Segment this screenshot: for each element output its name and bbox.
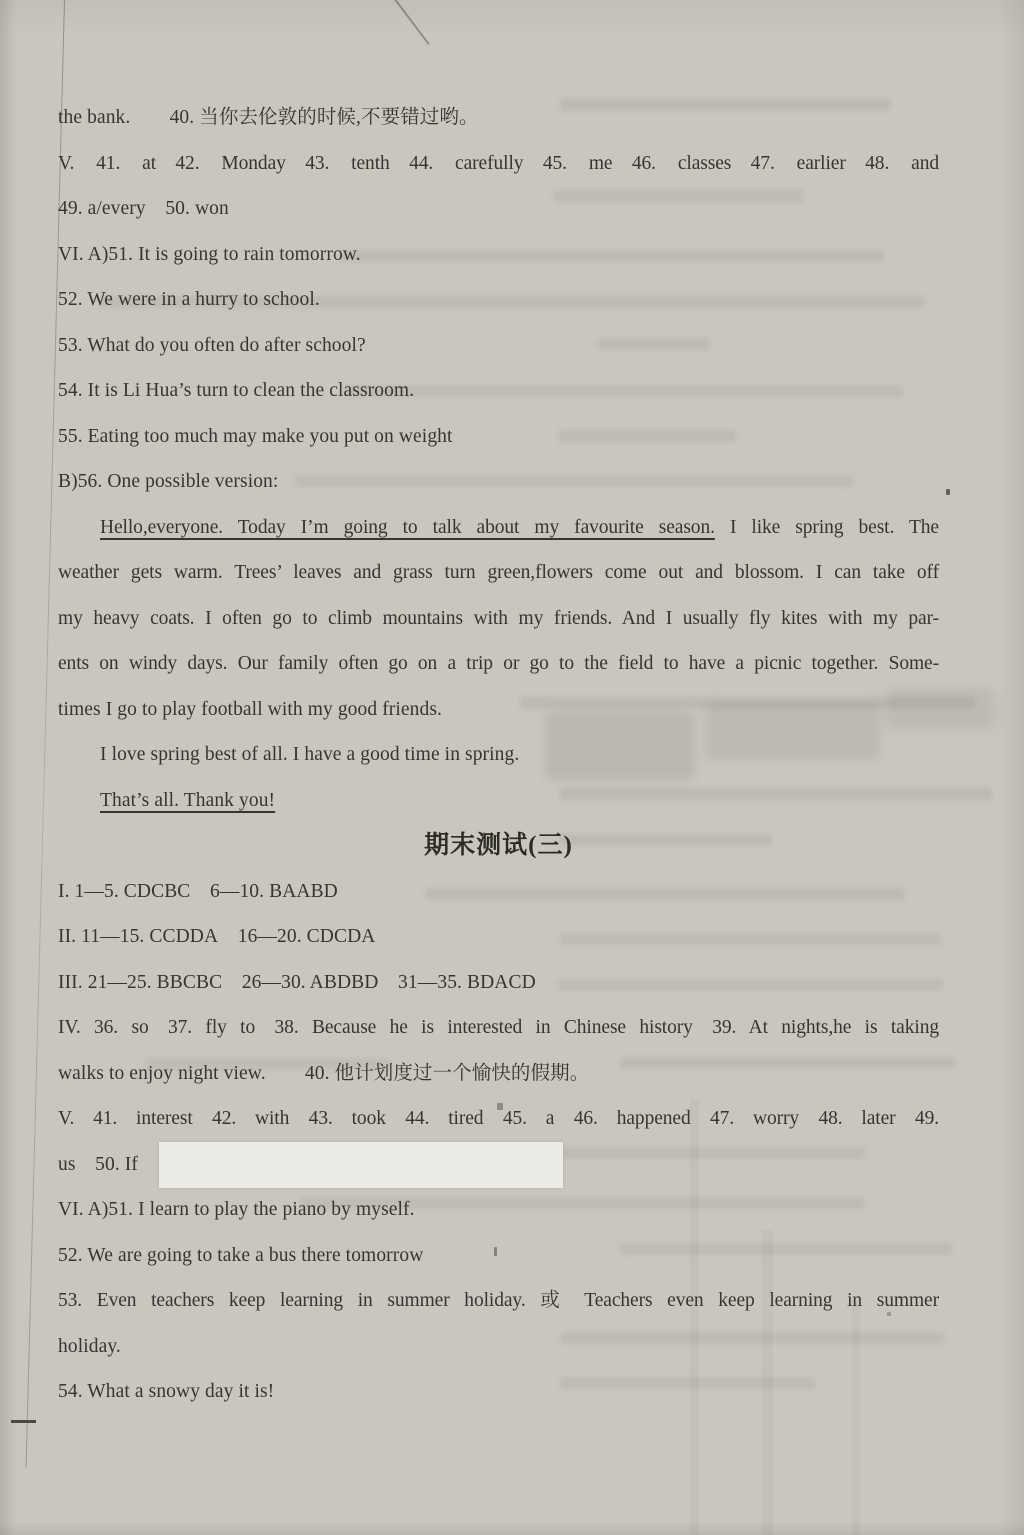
text-line: ents on windy days. Our family often go … bbox=[58, 641, 939, 687]
underlined-text: That’s all. Thank you! bbox=[100, 790, 275, 811]
text-line: B)56. One possible version: bbox=[58, 459, 939, 505]
text-segment: I love spring best of all. I have a good… bbox=[100, 744, 519, 765]
text-line: VI. A)51. I learn to play the piano by m… bbox=[58, 1187, 939, 1233]
scratch-mark bbox=[392, 0, 429, 45]
text-line: I. 1—5. CDCBC 6—10. BAABD bbox=[58, 869, 939, 915]
text-line: VI. A)51. It is going to rain tomorrow. bbox=[58, 232, 939, 278]
text-segment: 期末测试(三) bbox=[424, 832, 573, 859]
text-segment: walks to enjoy night view. 40. 他计划度过一个愉快… bbox=[58, 1063, 589, 1084]
text-line: That’s all. Thank you! bbox=[58, 778, 939, 824]
text-segment: 54. It is Li Hua’s turn to clean the cla… bbox=[58, 380, 414, 401]
text-segment: V. 41. at 42. Monday 43. tenth 44. caref… bbox=[58, 153, 939, 174]
text-line: II. 11—15. CCDDA 16—20. CDCDA bbox=[58, 914, 939, 960]
text-segment: VI. A)51. It is going to rain tomorrow. bbox=[58, 244, 361, 265]
text-segment: III. 21—25. BBCBC 26—30. ABDBD 31—35. BD… bbox=[58, 972, 536, 993]
text-segment: 52. We were in a hurry to school. bbox=[58, 289, 320, 310]
scanned-workbook-page: the bank. 40. 当你去伦敦的时候,不要错过哟。V. 41. at 4… bbox=[0, 0, 1024, 1535]
text-line: 49. a/every 50. won bbox=[58, 186, 939, 232]
text-segment: times I go to play football with my good… bbox=[58, 699, 442, 720]
text-line: IV. 36. so 37. fly to 38. Because he is … bbox=[58, 1005, 939, 1051]
text-line: Hello,everyone. Today I’m going to talk … bbox=[58, 505, 939, 551]
text-segment: 53. Even teachers keep learning in summe… bbox=[58, 1290, 939, 1311]
text-line: times I go to play football with my good… bbox=[58, 687, 939, 733]
text-segment: IV. 36. so 37. fly to 38. Because he is … bbox=[58, 1017, 939, 1038]
ink-speck bbox=[946, 489, 950, 495]
text-segment: 53. What do you often do after school? bbox=[58, 335, 366, 356]
text-segment: us 50. If bbox=[58, 1154, 138, 1175]
text-line: 55. Eating too much may make you put on … bbox=[58, 414, 939, 460]
text-line: walks to enjoy night view. 40. 他计划度过一个愉快… bbox=[58, 1051, 939, 1097]
text-line: 52. We are going to take a bus there tom… bbox=[58, 1233, 939, 1279]
section-heading: 期末测试(三) bbox=[58, 823, 939, 869]
text-segment: 55. Eating too much may make you put on … bbox=[58, 426, 453, 447]
text-segment: 52. We are going to take a bus there tom… bbox=[58, 1245, 423, 1266]
text-line: I love spring best of all. I have a good… bbox=[58, 732, 939, 778]
text-segment: I like spring best. The bbox=[715, 517, 939, 538]
margin-dash-mark bbox=[11, 1420, 36, 1423]
text-segment: VI. A)51. I learn to play the piano by m… bbox=[58, 1199, 415, 1220]
text-segment: 54. What a snowy day it is! bbox=[58, 1381, 274, 1402]
text-line: 53. Even teachers keep learning in summe… bbox=[58, 1278, 939, 1324]
text-line: III. 21—25. BBCBC 26—30. ABDBD 31—35. BD… bbox=[58, 960, 939, 1006]
ink-speck bbox=[497, 1103, 503, 1110]
ink-speck bbox=[887, 1312, 891, 1316]
text-segment: 49. a/every 50. won bbox=[58, 198, 229, 219]
text-line: 54. What a snowy day it is! bbox=[58, 1369, 939, 1415]
text-segment: weather gets warm. Trees’ leaves and gra… bbox=[58, 562, 939, 583]
text-line: 52. We were in a hurry to school. bbox=[58, 277, 939, 323]
text-line: my heavy coats. I often go to climb moun… bbox=[58, 596, 939, 642]
text-segment: holiday. bbox=[58, 1336, 121, 1357]
ink-speck bbox=[494, 1247, 497, 1256]
text-line: 54. It is Li Hua’s turn to clean the cla… bbox=[58, 368, 939, 414]
correction-patch bbox=[159, 1142, 563, 1188]
text-line: weather gets warm. Trees’ leaves and gra… bbox=[58, 550, 939, 596]
text-segment: ents on windy days. Our family often go … bbox=[58, 653, 939, 674]
answer-text-column: the bank. 40. 当你去伦敦的时候,不要错过哟。V. 41. at 4… bbox=[58, 95, 939, 1415]
text-segment: B)56. One possible version: bbox=[58, 471, 278, 492]
text-segment: the bank. 40. 当你去伦敦的时候,不要错过哟。 bbox=[58, 107, 479, 128]
text-segment: my heavy coats. I often go to climb moun… bbox=[58, 608, 939, 629]
text-line: holiday. bbox=[58, 1324, 939, 1370]
text-line: 53. What do you often do after school? bbox=[58, 323, 939, 369]
text-line: the bank. 40. 当你去伦敦的时候,不要错过哟。 bbox=[58, 95, 939, 141]
text-line: V. 41. at 42. Monday 43. tenth 44. caref… bbox=[58, 141, 939, 187]
text-segment: I. 1—5. CDCBC 6—10. BAABD bbox=[58, 881, 338, 902]
text-segment: II. 11—15. CCDDA 16—20. CDCDA bbox=[58, 926, 375, 947]
text-segment: V. 41. interest 42. with 43. took 44. ti… bbox=[58, 1108, 939, 1129]
underlined-text: Hello,everyone. Today I’m going to talk … bbox=[100, 517, 715, 538]
